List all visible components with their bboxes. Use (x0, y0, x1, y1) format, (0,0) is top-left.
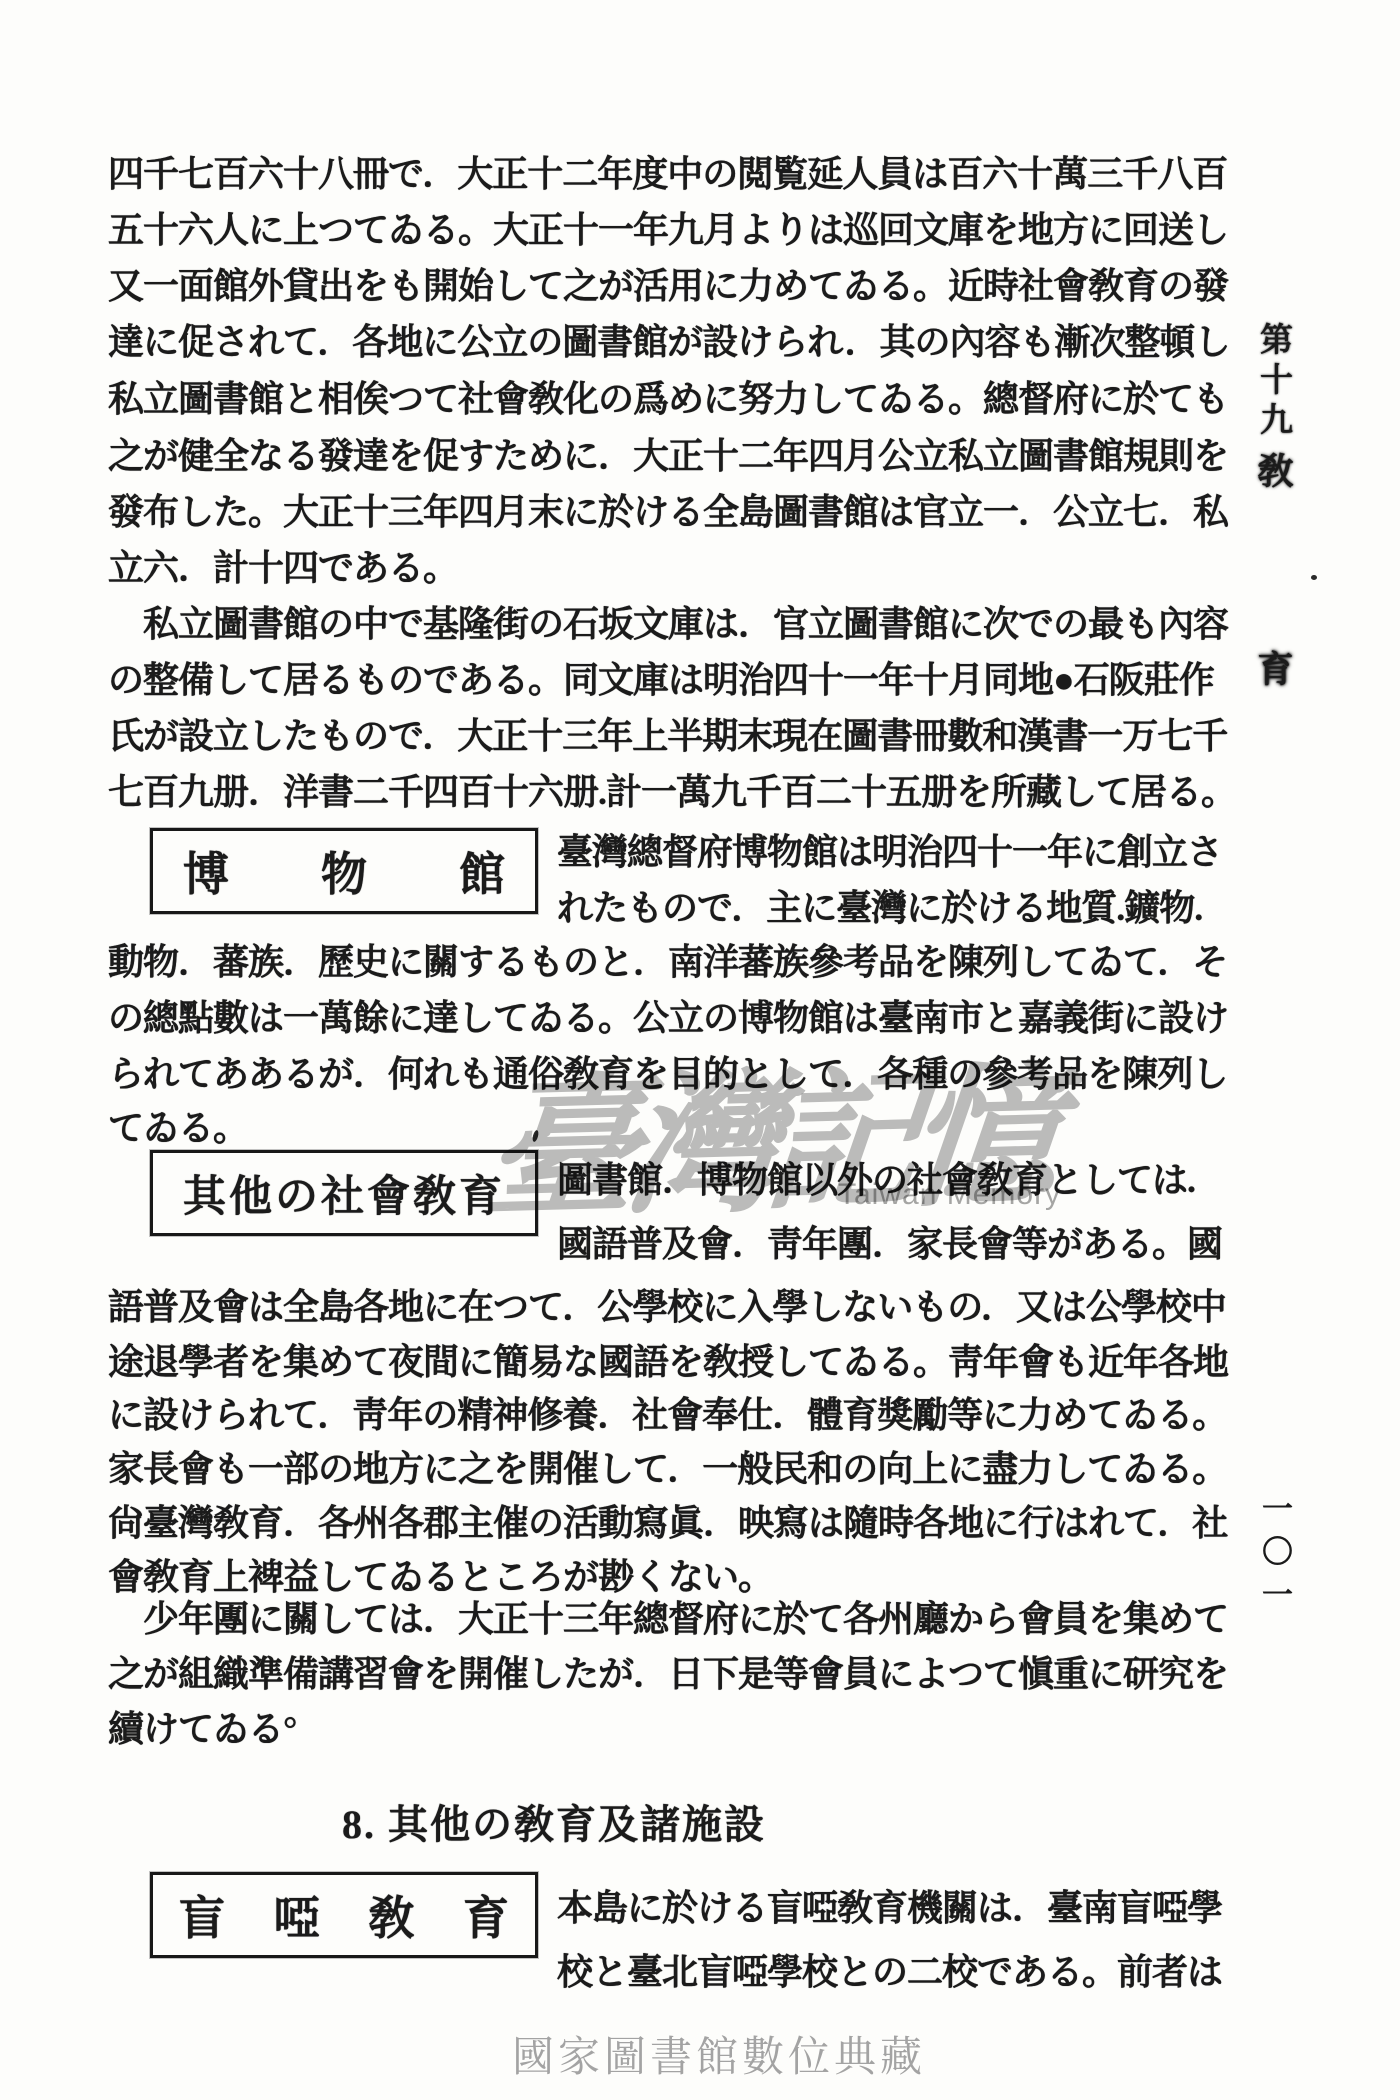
text-line: 語普及會は全島各地に在つて．公學校に入學しないもの．又は公學校中 (108, 1285, 1226, 1329)
text-line: られてああるが．何れも通俗敎育を目的として．各種の參考品を陳列し (108, 1052, 1227, 1096)
text-line: 又一面館外貸出をも開始して之が活用に力めてゐる。近時社會敎育の發 (108, 264, 1228, 308)
label-char: 博 (183, 838, 229, 904)
text-line: の整備して居るものである。同文庫は明治四十一年十月同地●石阪莊作 (108, 658, 1214, 702)
label-char: 啞 (274, 1882, 320, 1948)
text-line: 會敎育上裨益してゐるところが尠くない。 (108, 1555, 773, 1599)
label-char: 敎 (368, 1882, 414, 1948)
text-line: 之が健全なる發達を促すために．大正十二年四月公立私立圖書館規則を (108, 434, 1228, 478)
text-line: 私立圖書館と相俟つて社會敎化の爲めに努力してゐる。總督府に於ても (108, 377, 1228, 421)
margin-chapter-char-iku: 育 (1248, 650, 1299, 686)
text-line: 四千七百六十八冊で．大正十二年度中の閲覧延人員は百六十萬三千八百 (108, 152, 1227, 196)
scanned-document-page: 四千七百六十八冊で．大正十二年度中の閲覧延人員は百六十萬三千八百 五十六人に上つ… (0, 0, 1400, 2100)
text-line: 七百九册．洋書二千四百十六册.計一萬九千百二十五册を所藏して居る。 (108, 770, 1236, 814)
label-char: 館 (459, 838, 505, 904)
text-line: 校と臺北盲啞學校との二校である。前者は (557, 1950, 1222, 1994)
section-label-box-other-social-education: 其他の社會敎育 (150, 1150, 538, 1236)
section-label-museum: 博 物 館 (153, 838, 535, 904)
text-line: 國語普及會．靑年團．家長會等がある。國 (557, 1222, 1222, 1266)
label-char: 盲 (179, 1882, 225, 1948)
margin-chapter-char-kyo: 敎 (1248, 452, 1299, 488)
text-line: れたもので．主に臺灣に於ける地質.鑛物. (557, 886, 1202, 930)
text-line: 少年團に關しては．大正十三年總督府に於て各州廳から會員を集めて (108, 1597, 1228, 1641)
text-line: 途退學者を集めて夜間に簡易な國語を敎授してゐる。靑年會も近年各地 (108, 1340, 1228, 1384)
text-line: てゐる。 (108, 1106, 248, 1150)
text-line: 私立圖書館の中で基隆街の石坂文庫は．官立圖書館に次での最も內容 (108, 602, 1228, 646)
taiwan-memory-watermark: 臺灣記憶 (477, 1015, 1060, 1248)
text-line: 尙臺灣敎育．各州各郡主催の活動寫眞．映寫は隨時各地に行はれて．社 (108, 1501, 1227, 1545)
label-char: 育 (463, 1882, 509, 1948)
text-line: 之が組織準備講習會を開催したが．日下是等會員によつて愼重に研究を (108, 1652, 1228, 1696)
text-line: 圖書館．博物館以外の社會敎育としては. (557, 1158, 1195, 1202)
text-line: 續けてゐる° (108, 1707, 296, 1751)
section-label-blind-deaf-education: 盲 啞 敎 育 (153, 1882, 535, 1948)
page-number: 一〇一 (1252, 1492, 1297, 1621)
ink-speck (532, 1130, 540, 1143)
ink-speck (1311, 575, 1317, 580)
national-library-footer-stamp: 國家圖書館數位典藏 (512, 2024, 926, 2084)
text-line: 立六．計十四である。 (108, 546, 458, 590)
text-line: 臺灣總督府博物館は明治四十一年に創立さ (557, 830, 1222, 874)
text-line: 五十六人に上つてゐる。大正十一年九月よりは巡回文庫を地方に回送し (108, 208, 1228, 252)
section-8-heading: 8. 其他の敎育及諸施設 (342, 1793, 766, 1850)
text-line: 達に促されて．各地に公立の圖書館が設けられ．其の內容も漸次整頓し (108, 320, 1229, 364)
section-label-box-blind-deaf-education: 盲 啞 敎 育 (150, 1872, 538, 1958)
label-char: 物 (321, 838, 367, 904)
text-line: 發布した。大正十三年四月末に於ける全島圖書館は官立一．公立七．私 (108, 490, 1228, 534)
text-line: 本島に於ける盲啞敎育機關は．臺南盲啞學 (557, 1886, 1222, 1930)
text-line: 動物．蕃族．歷史に關するものと．南洋蕃族參考品を陳列してゐて．そ (108, 940, 1227, 984)
margin-chapter-label: 第十九 (1250, 322, 1297, 442)
text-line: 氏が設立したもので．大正十三年上半期末現在圖書冊數和漢書一万七千 (108, 714, 1227, 758)
text-line: に設けられて．靑年の精神修養．社會奉仕．體育獎勵等に力めてゐる。 (108, 1393, 1227, 1437)
section-label-box-museum: 博 物 館 (150, 828, 538, 914)
text-line: 家長會も一部の地方に之を開催して．一般民和の向上に盡力してゐる。 (108, 1447, 1227, 1491)
section-label-other-social-education: 其他の社會敎育 (153, 1163, 535, 1224)
text-line: の總點數は一萬餘に達してゐる。公立の博物館は臺南市と嘉義街に設け (108, 996, 1228, 1040)
